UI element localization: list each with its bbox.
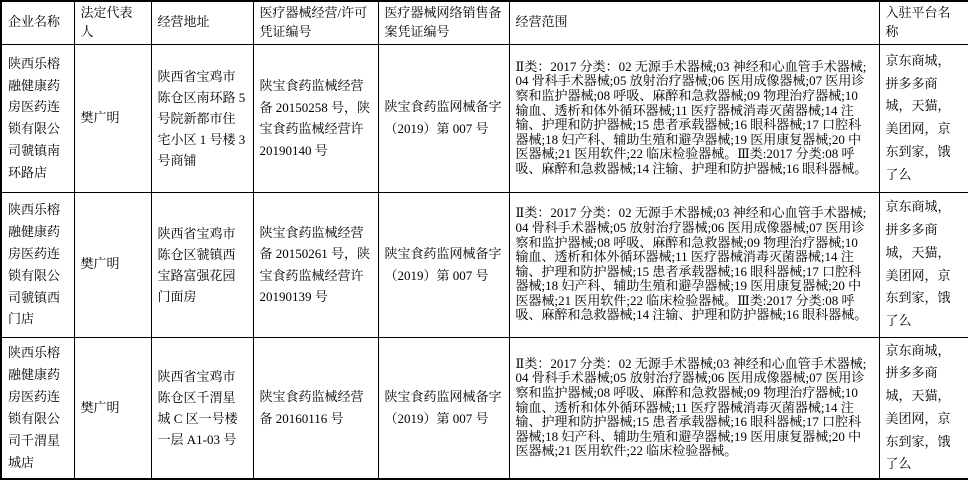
legal-rep-cell: 樊广明 xyxy=(74,44,151,192)
network-filing-cell: 陕宝食药监网械备字（2019）第 007 号 xyxy=(378,337,509,479)
platform-cell: 京东商城，拼多多商城，天猫，美团网，京东到家，饿了么 xyxy=(879,337,968,479)
address-cell: 陕西省宝鸡市陈仓区南环路 5 号院新都市住宅小区 1 号楼 3 号商铺 xyxy=(151,44,253,192)
platform-cell: 京东商城，拼多多商城，天猫，美团网，京东到家，饿了么 xyxy=(879,44,968,192)
address-cell: 陕西省宝鸡市陈仓区虢镇西宝路富强花园门面房 xyxy=(151,192,253,337)
license-no-cell: 陕宝食药监械经营备 20150261 号，陕宝食药监械经营许 20190139 … xyxy=(253,192,378,337)
company-name-cell: 陕西乐榕融健康药房医药连锁有限公司虢镇南环路店 xyxy=(1,44,74,192)
legal-rep-cell: 樊广明 xyxy=(74,337,151,479)
header-cell-network-filing-no: 医疗器械网络销售备案凭证编号 xyxy=(378,1,509,44)
registry-table: 企业名称 法定代表人 经营地址 医疗器械经营/许可凭证编号 医疗器械网络销售备案… xyxy=(0,0,968,480)
header-cell-scope: 经营范围 xyxy=(509,1,879,44)
company-name-cell: 陕西乐榕融健康药房医药连锁有限公司千渭星城店 xyxy=(1,337,74,479)
header-cell-address: 经营地址 xyxy=(151,1,253,44)
business-scope-cell: Ⅱ类：2017 分类：02 无源手术器械;03 神经和心血管手术器械;04 骨科… xyxy=(509,44,879,192)
network-filing-cell: 陕宝食药监网械备字（2019）第 007 号 xyxy=(378,44,509,192)
business-scope-cell: Ⅱ类：2017 分类：02 无源手术器械;03 神经和心血管手术器械;04 骨科… xyxy=(509,192,879,337)
table-row: 陕西乐榕融健康药房医药连锁有限公司虢镇南环路店 樊广明 陕西省宝鸡市陈仓区南环路… xyxy=(1,44,968,192)
license-no-cell: 陕宝食药监械经营备 20150258 号，陕宝食药监械经营许 20190140 … xyxy=(253,44,378,192)
table-row: 陕西乐榕融健康药房医药连锁有限公司千渭星城店 樊广明 陕西省宝鸡市陈仓区千渭星城… xyxy=(1,337,968,479)
header-cell-license-no: 医疗器械经营/许可凭证编号 xyxy=(253,1,378,44)
company-name-cell: 陕西乐榕融健康药房医药连锁有限公司虢镇西门店 xyxy=(1,192,74,337)
header-cell-legal-rep: 法定代表人 xyxy=(74,1,151,44)
legal-rep-cell: 樊广明 xyxy=(74,192,151,337)
address-cell: 陕西省宝鸡市陈仓区千渭星城 C 区一号楼一层 A1-03 号 xyxy=(151,337,253,479)
platform-cell: 京东商城，拼多多商城，天猫，美团网，京东到家，饿了么 xyxy=(879,192,968,337)
header-cell-company: 企业名称 xyxy=(1,1,74,44)
license-no-cell: 陕宝食药监械经营备 20160116 号 xyxy=(253,337,378,479)
business-scope-cell: Ⅱ类：2017 分类：02 无源手术器械;03 神经和心血管手术器械;04 骨科… xyxy=(509,337,879,479)
table-header-row: 企业名称 法定代表人 经营地址 医疗器械经营/许可凭证编号 医疗器械网络销售备案… xyxy=(1,1,968,44)
medical-device-registry-document: 企业名称 法定代表人 经营地址 医疗器械经营/许可凭证编号 医疗器械网络销售备案… xyxy=(0,0,968,465)
network-filing-cell: 陕宝食药监网械备字（2019）第 007 号 xyxy=(378,192,509,337)
table-row: 陕西乐榕融健康药房医药连锁有限公司虢镇西门店 樊广明 陕西省宝鸡市陈仓区虢镇西宝… xyxy=(1,192,968,337)
header-cell-platform: 入驻平台名称 xyxy=(879,1,968,44)
